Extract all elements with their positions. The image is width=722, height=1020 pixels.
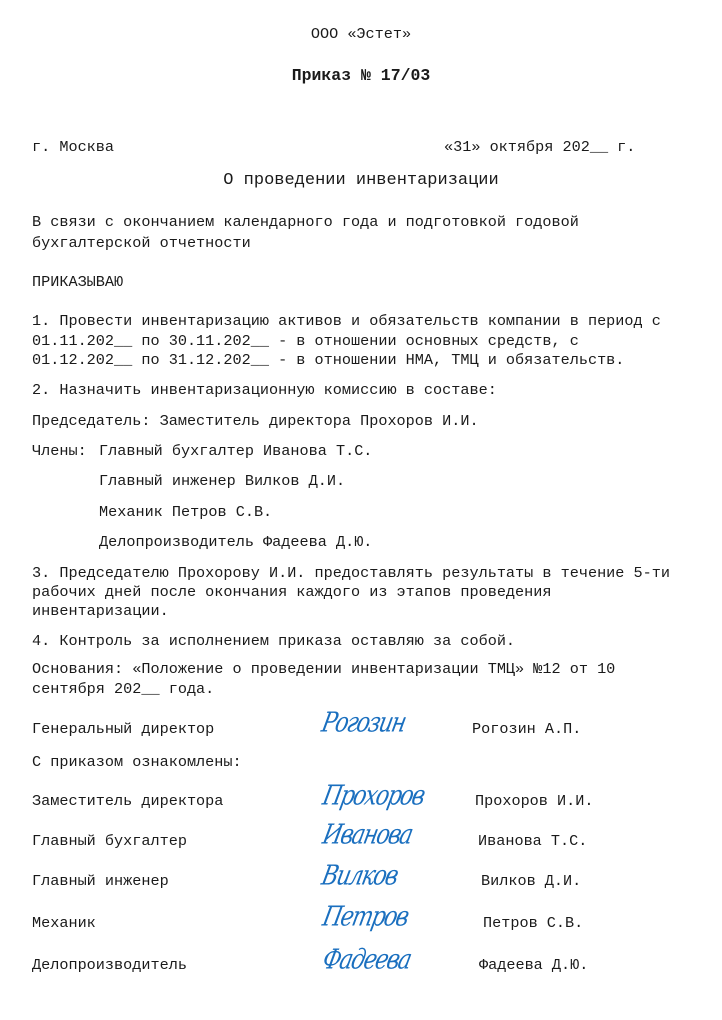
director-name: Рогозин А.П. xyxy=(472,719,581,739)
ack-position: Механик xyxy=(32,913,96,933)
ack-name: Петров С.В. xyxy=(483,913,583,933)
ack-signature: Петров xyxy=(320,903,411,933)
member: Делопроизводитель Фадеева Д.Ю. xyxy=(99,532,372,552)
ack-position: Заместитель директора xyxy=(32,791,223,811)
ack-signature: Прохоров xyxy=(320,782,427,812)
basis-line: Основания: «Положение о проведении инвен… xyxy=(32,659,615,679)
city: г. Москва xyxy=(32,137,114,157)
item-1-line: 1. Провести инвентаризацию активов и обя… xyxy=(32,311,661,331)
basis-line: сентября 202__ года. xyxy=(32,679,214,699)
company-name: ООО «Эстет» xyxy=(0,24,722,44)
item-3-line: 3. Председателю Прохорову И.И. предостав… xyxy=(32,563,670,583)
order-subject: О проведении инвентаризации xyxy=(0,171,722,191)
item-3-line: рабочих дней после окончания каждого из … xyxy=(32,582,552,602)
member: Механик Петров С.В. xyxy=(99,502,272,522)
members-label: Члены: xyxy=(32,441,87,461)
chairman: Председатель: Заместитель директора Прох… xyxy=(32,411,479,431)
ack-name: Иванова Т.С. xyxy=(478,831,587,851)
director-position: Генеральный директор xyxy=(32,719,214,739)
item-4: 4. Контроль за исполнением приказа остав… xyxy=(32,631,515,651)
item-1-line: 01.12.202__ по 31.12.202__ - в отношении… xyxy=(32,350,624,370)
order-title: Приказ № 17/03 xyxy=(0,66,722,86)
acknowledged-label: С приказом ознакомлены: xyxy=(32,752,242,772)
preamble-line: бухгалтерской отчетности xyxy=(32,233,251,253)
order-word: ПРИКАЗЫВАЮ xyxy=(32,272,123,292)
ack-position: Главный инженер xyxy=(32,871,169,891)
ack-position: Делопроизводитель xyxy=(32,955,187,975)
item-3-line: инвентаризации. xyxy=(32,601,169,621)
ack-name: Прохоров И.И. xyxy=(475,791,593,811)
ack-name: Фадеева Д.Ю. xyxy=(479,955,588,975)
ack-signature: Иванова xyxy=(320,821,415,851)
preamble-line: В связи с окончанием календарного года и… xyxy=(32,212,579,232)
ack-signature: Фадеева xyxy=(320,946,413,976)
item-2: 2. Назначить инвентаризационную комиссию… xyxy=(32,380,497,400)
item-1-line: 01.11.202__ по 30.11.202__ - в отношении… xyxy=(32,331,579,351)
director-signature: Рогозин xyxy=(319,709,408,739)
ack-position: Главный бухгалтер xyxy=(32,831,187,851)
member: Главный инженер Вилков Д.И. xyxy=(99,471,345,491)
ack-name: Вилков Д.И. xyxy=(481,871,581,891)
order-date: «31» октября 202__ г. xyxy=(444,137,635,157)
ack-signature: Вилков xyxy=(319,862,400,892)
member: Главный бухгалтер Иванова Т.С. xyxy=(99,441,372,461)
